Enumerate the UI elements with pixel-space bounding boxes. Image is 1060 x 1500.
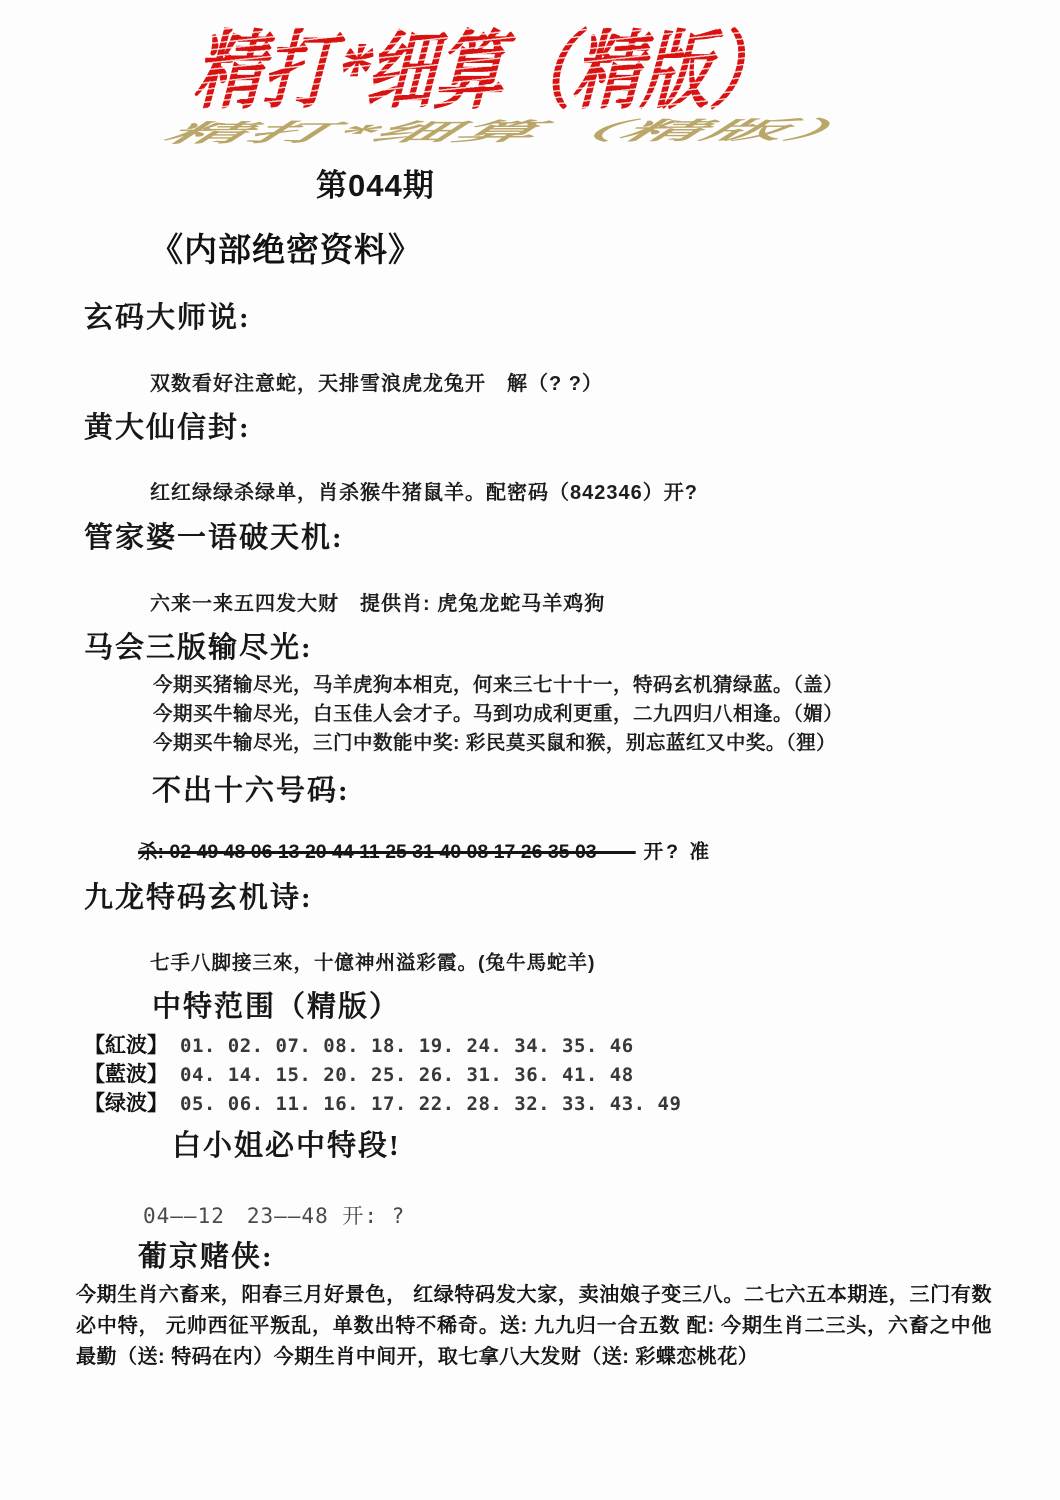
tip-sheet-page: 精打*细算（精版） 精打*细算（精版） 第044期 《内部绝密资料》 玄码大师说… <box>0 0 1060 1500</box>
jiulong-poem-line: 七手八脚接三來，十億神州溢彩霞。(兔牛馬蛇羊) <box>150 947 596 975</box>
red-wave-label: 【紅波】 <box>84 1034 168 1057</box>
pujing-verse-paragraph: 今期生肖六畜来，阳春三月好景色， 红绿特码发大家，卖油娘子变三八。二七六五本期连… <box>76 1280 992 1373</box>
section-heading-excluded-sixteen-numbers: 不出十六号码: <box>152 768 350 809</box>
special-range-heading: 中特范围（精版） <box>152 984 400 1025</box>
section-heading-huangdaxian-envelope: 黄大仙信封: <box>84 405 251 446</box>
blue-wave-label: 【藍波】 <box>84 1063 168 1086</box>
section-heading-pujing-gambler: 葡京赌侠: <box>138 1234 274 1275</box>
xuanma-poem-line: 双数看好注意蛇，天排雪浪虎龙兔开 解（? ?） <box>150 367 603 396</box>
mahui-poem-line: 今期买猪输尽光，马羊虎狗本相克，何来三七十十一，特码玄机猜绿蓝。（盖） <box>153 671 843 700</box>
wave-row-red: 【紅波】01. 02. 07. 08. 18. 19. 24. 34. 35. … <box>84 1029 681 1058</box>
section-heading-jiulong-mystery-poem: 九龙特码玄机诗: <box>84 875 313 916</box>
green-wave-numbers: 05. 06. 11. 16. 17. 22. 28. 32. 33. 43. … <box>180 1093 681 1115</box>
issue-number: 第044期 <box>316 160 435 205</box>
section-heading-mahui-three-editions: 马会三版输尽光: <box>84 625 313 666</box>
title-banner: 精打*细算（精版） 精打*细算（精版） <box>185 18 885 178</box>
mahui-poem-line: 今期买牛输尽光，三门中数能中奖: 彩民莫买鼠和猴，别忘蓝红又中奖。（狸） <box>153 729 843 758</box>
secret-material-banner: 《内部绝密资料》 <box>150 224 422 271</box>
mahui-poem-block: 今期买猪输尽光，马羊虎狗本相克，何来三七十十一，特码玄机猜绿蓝。（盖） 今期买牛… <box>153 671 843 758</box>
red-wave-numbers: 01. 02. 07. 08. 18. 19. 24. 34. 35. 46 <box>180 1035 634 1057</box>
wave-row-blue: 【藍波】04. 14. 15. 20. 25. 26. 31. 36. 41. … <box>84 1058 681 1087</box>
green-wave-label: 【绿波】 <box>84 1092 168 1115</box>
section-heading-baixiaojie-segment: 白小姐必中特段! <box>172 1123 401 1164</box>
wave-number-table: 【紅波】01. 02. 07. 08. 18. 19. 24. 34. 35. … <box>84 1029 681 1116</box>
kill-result-text: 开? 准 <box>644 841 712 863</box>
huangdaxian-poem-line: 红红绿绿杀绿单，肖杀猴牛猪鼠羊。配密码（842346）开? <box>150 476 698 505</box>
page-title: 精打*细算（精版） <box>185 18 800 128</box>
special-segment-line: 04——12 23——48 开: ? <box>143 1200 405 1230</box>
kill-numbers-line: 杀: 02 49 48 06 13 20 44 11 25 31 40 08 1… <box>138 836 712 864</box>
blue-wave-numbers: 04. 14. 15. 20. 25. 26. 31. 36. 41. 48 <box>180 1064 634 1086</box>
section-heading-guanjiapo: 管家婆一语破天机: <box>84 515 344 556</box>
wave-row-green: 【绿波】05. 06. 11. 16. 17. 22. 28. 32. 33. … <box>84 1087 681 1116</box>
guanjiapo-poem-line: 六来一来五四发大财 提供肖: 虎兔龙蛇马羊鸡狗 <box>150 587 605 616</box>
section-heading-xuanma-master: 玄码大师说: <box>84 295 251 336</box>
mahui-poem-line: 今期买牛输尽光，白玉佳人会才子。马到功成利更重，二九四归八相逢。（媚） <box>153 700 843 729</box>
struck-kill-numbers: 杀: 02 49 48 06 13 20 44 11 25 31 40 08 1… <box>138 841 636 863</box>
